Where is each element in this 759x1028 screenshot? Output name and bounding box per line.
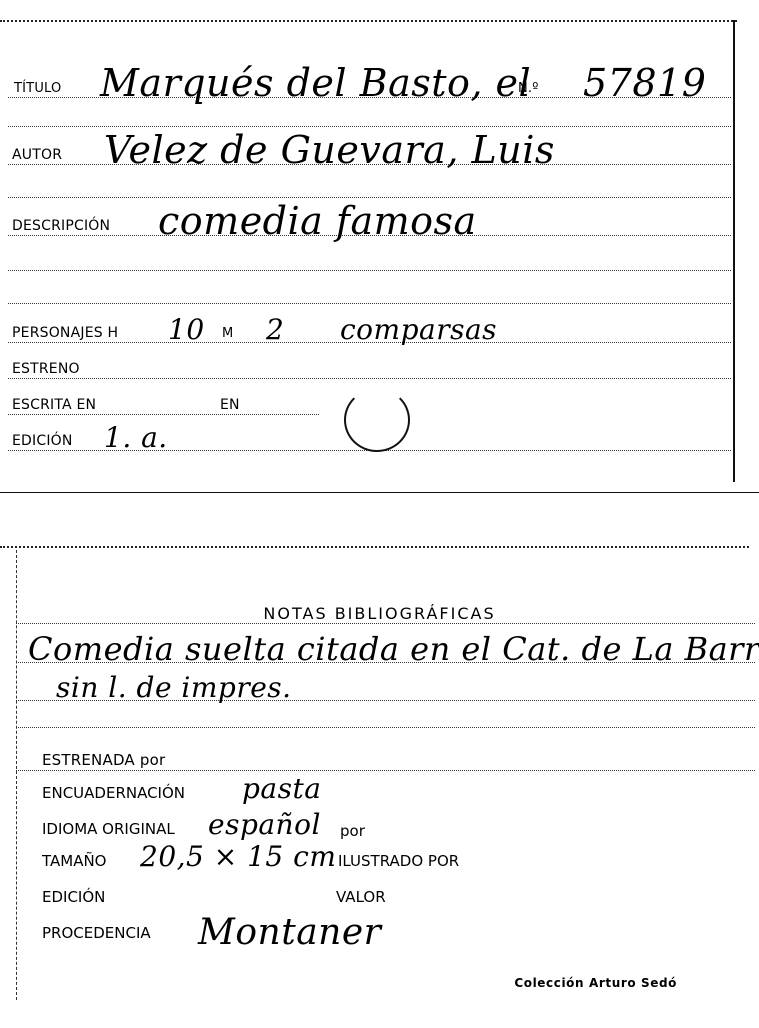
value-personajes-extra: comparsas [340, 313, 497, 346]
card-top-edge [0, 546, 749, 551]
field-descripcion: DESCRIPCIÓN comedia famosa [8, 213, 731, 236]
label-tamano: TAMAÑO [42, 852, 107, 870]
circle-stamp-icon [344, 388, 410, 452]
value-autor: Velez de Guevara, Luis [104, 128, 555, 172]
label-valor: VALOR [336, 888, 386, 906]
label-escrita-en: ESCRITA EN [12, 397, 96, 413]
field-escrita-en: ESCRITA EN EN [8, 392, 319, 415]
card-right-edge [733, 20, 735, 482]
divider-line [16, 727, 755, 728]
label-edicion: EDICIÓN [12, 433, 73, 449]
note-line-1: Comedia suelta citada en el Cat. de La B… [16, 632, 755, 663]
label-idioma-por: por [340, 822, 365, 840]
label-idioma-original: IDIOMA ORIGINAL [42, 820, 175, 838]
label-encuadernacion: ENCUADERNACIÓN [42, 784, 185, 802]
section-title-notas: NOTAS BIBLIOGRÁFICAS [0, 604, 759, 623]
label-estreno: ESTRENO [12, 361, 80, 377]
label-ilustrado-por: ILUSTRADO POR [338, 852, 459, 870]
field-personajes: PERSONAJES H 10 M 2 comparsas [8, 320, 731, 343]
label-personajes: PERSONAJES H [12, 325, 118, 341]
label-personajes-m: M [222, 326, 233, 341]
note-text: Comedia suelta citada en el Cat. de La B… [28, 630, 759, 668]
catalog-card-front: TÍTULO Marqués del Basto, el N.º 57819 A… [0, 0, 759, 493]
field-estreno: ESTRENO [8, 356, 731, 379]
value-edicion: 1. a. [104, 421, 168, 454]
value-personajes-h: 10 [168, 313, 205, 346]
divider-line [8, 126, 731, 127]
divider-line [8, 303, 731, 304]
label-edicion: EDICIÓN [42, 888, 105, 906]
label-descripcion: DESCRIPCIÓN [12, 218, 110, 234]
label-number: N.º [518, 81, 539, 96]
value-procedencia: Montaner [198, 912, 381, 953]
field-estrenada-por: ESTRENADA por [16, 748, 755, 771]
label-autor: AUTOR [12, 147, 62, 163]
note-text: sin l. de impres. [56, 671, 292, 704]
divider-line [8, 270, 731, 271]
card-separator [0, 492, 759, 493]
divider-line [8, 197, 731, 198]
value-titulo: Marqués del Basto, el [100, 61, 531, 105]
label-titulo: TÍTULO [14, 81, 61, 96]
value-personajes-m: 2 [266, 313, 284, 346]
field-autor: AUTOR Velez de Guevara, Luis [8, 142, 731, 165]
label-escrita-en-lugar: EN [220, 397, 240, 413]
divider-line [16, 623, 755, 624]
value-descripcion: comedia famosa [158, 199, 477, 243]
value-number: 57819 [583, 61, 706, 105]
collection-footer: Colección Arturo Sedó [514, 976, 677, 990]
label-estrenada-por: ESTRENADA por [42, 751, 165, 769]
card-top-edge [0, 20, 737, 25]
field-titulo: TÍTULO Marqués del Basto, el N.º 57819 [8, 75, 731, 98]
label-procedencia: PROCEDENCIA [42, 924, 151, 942]
note-line-2: sin l. de impres. [16, 670, 755, 701]
catalog-card-back: NOTAS BIBLIOGRÁFICAS Comedia suelta cita… [0, 520, 759, 1028]
